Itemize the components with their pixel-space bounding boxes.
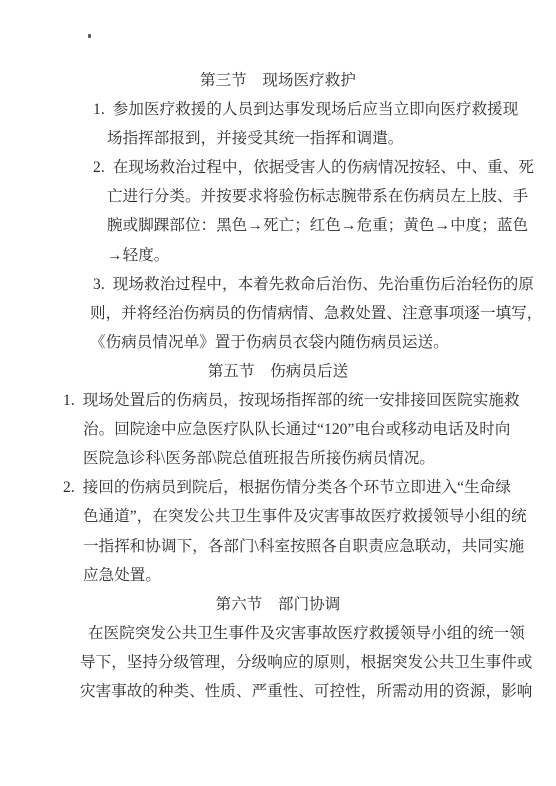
text-line: 2. 接回的伤病员到院后，根据伤情分类各个环节立即进入“生命绿 <box>0 473 556 502</box>
text-line: 3. 现场救治过程中，本着先救命后治伤、先治重伤后治轻伤的原 <box>0 270 556 299</box>
document-page: 第三节 现场医疗救护1. 参加医疗救援的人员到达事发现场后应当立即向医疗救援现场… <box>0 0 556 786</box>
text-line: 则，并将经治伤病员的伤情病情、急救处置、注意事项逐一填写， <box>0 299 556 328</box>
section-heading-5: 第五节 伤病员后送 <box>0 357 556 386</box>
text-line: 1. 参加医疗救援的人员到达事发现场后应当立即向医疗救援现 <box>0 95 556 124</box>
text-line: 灾害事故的种类、性质、严重性、可控性，所需动用的资源，影响 <box>0 677 556 706</box>
text-line: 治。回院途中应急医疗队队长通过“120”电台或移动电话及时向 <box>0 415 556 444</box>
text-line: 亡进行分类。并按要求将验伤标志腕带系在伤病员左上肢、手 <box>0 182 556 211</box>
text-line: 应急处置。 <box>0 561 556 590</box>
text-line: 2. 在现场救治过程中，依据受害人的伤病情况按轻、中、重、死 <box>0 153 556 182</box>
text-line: 导下，坚持分级管理，分级响应的原则，根据突发公共卫生事件或 <box>0 648 556 677</box>
text-line: 《伤病员情况单》置于伤病员衣袋内随伤病员运送。 <box>0 328 556 357</box>
text-line: 1. 现场处置后的伤病员，按现场指挥部的统一安排接回医院实施救 <box>0 386 556 415</box>
text-line: 一指挥和协调下，各部门\科室按照各自职责应急联动，共同实施 <box>0 532 556 561</box>
section-heading-6: 第六节 部门协调 <box>0 590 556 619</box>
text-line: 医院急诊科\医务部\院总值班报告所接伤病员情况。 <box>0 444 556 473</box>
text-line: 在医院突发公共卫生事件及灾害事故医疗救援领导小组的统一领 <box>0 619 556 648</box>
text-line: 场指挥部报到，并接受其统一指挥和调遣。 <box>0 124 556 153</box>
text-line: 色通道”，在突发公共卫生事件及灾害事故医疗救援领导小组的统 <box>0 502 556 531</box>
scan-artifact-mark <box>88 34 91 38</box>
text-line: →轻度。 <box>0 241 556 270</box>
section-heading-3: 第三节 现场医疗救护 <box>0 66 556 95</box>
document-content: 第三节 现场医疗救护1. 参加医疗救援的人员到达事发现场后应当立即向医疗救援现场… <box>0 66 556 706</box>
text-line: 腕或脚踝部位：黑色→死亡；红色→危重；黄色→中度；蓝色 <box>0 211 556 240</box>
